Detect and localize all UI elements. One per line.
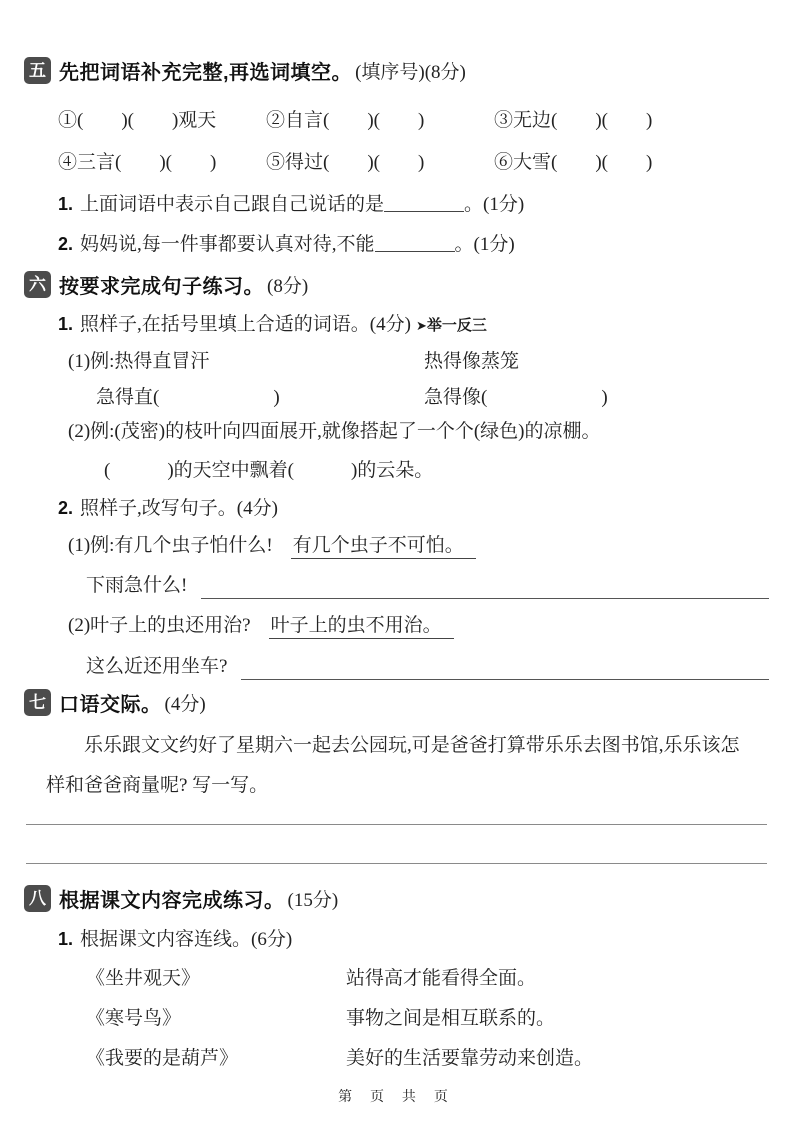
subtask-6-2: 2.照样子,改写句子。(4分) — [58, 495, 769, 522]
fill-blank-1 — [384, 193, 464, 212]
match-meaning-2: 事物之间是相互联系的。 — [346, 1005, 555, 1032]
example-row-2: 急得直( ) 急得像( ) — [68, 384, 769, 411]
subtask-6-2-score: (4分) — [237, 498, 278, 519]
subtask-6-1: 1.照样子,在括号里填上合适的词语。(4分)➤举一反三 — [58, 311, 769, 339]
example-1-right: 热得像蒸笼 — [424, 348, 519, 375]
section-8-title: 根据课文内容完成练习。 — [59, 884, 285, 913]
subtask-6-1-text: 照样子,在括号里填上合适的词语。 — [80, 314, 370, 335]
section-7-note: (4分) — [165, 689, 206, 716]
question-2-score: 。(1分) — [455, 234, 515, 255]
section-8-note: (15分) — [288, 885, 339, 912]
section-7-header: 七 口语交际。 (4分) — [24, 688, 769, 717]
section-7-marker: 七 — [24, 689, 51, 716]
rewrite-3-question: (2)叶子上的虫还用治? — [68, 615, 251, 636]
subtask-6-1-number: 1. — [58, 314, 73, 334]
match-title-3: 《我要的是葫芦》 — [86, 1045, 346, 1072]
subtask-8-1-text: 根据课文内容连线。 — [80, 929, 251, 950]
question-2-text: 妈妈说,每一件事都要认真对待,不能 — [80, 234, 375, 255]
section-5-marker: 五 — [24, 57, 51, 84]
prompt-paragraph: 乐乐跟文文约好了星期六一起去公园玩,可是爸爸打算带乐乐去图书馆,乐乐该怎样和爸爸… — [46, 726, 747, 806]
question-2: 2.妈妈说,每一件事都要认真对待,不能。(1分) — [58, 231, 769, 258]
rewrite-4-question: 这么近还用坐车? — [86, 653, 227, 680]
question-1-number: 1. — [58, 194, 73, 214]
writing-line-1 — [26, 824, 767, 825]
section-6-marker: 六 — [24, 271, 51, 298]
rewrite-row-4: 这么近还用坐车? — [86, 653, 769, 680]
subtask-6-1-score: (4分) — [370, 314, 411, 335]
section-5-title: 先把词语补充完整,再选词填空。 — [59, 56, 352, 85]
word-item-6: ⑥大雪( )( ) — [494, 149, 652, 176]
answer-line-1 — [201, 576, 769, 599]
subtask-8-1: 1.根据课文内容连线。(6分) — [58, 926, 769, 953]
match-row-3: 《我要的是葫芦》 美好的生活要靠劳动来创造。 — [86, 1045, 769, 1072]
subtask-6-2-number: 2. — [58, 498, 73, 518]
example-row-4: ( )的天空中飘着( )的云朵。 — [104, 457, 769, 484]
subtask-6-2-text: 照样子,改写句子。 — [80, 498, 237, 519]
rewrite-row-2: 下雨急什么! — [86, 572, 769, 599]
word-item-1: ①( )( )观天 — [58, 107, 266, 134]
subtask-8-1-number: 1. — [58, 929, 73, 949]
match-row-1: 《坐井观天》 站得高才能看得全面。 — [86, 965, 769, 992]
section-8-header: 八 根据课文内容完成练习。 (15分) — [24, 884, 769, 913]
question-1-score: 。(1分) — [464, 194, 524, 215]
example-1-left: (1)例:热得直冒汗 — [68, 348, 424, 375]
rewrite-1-question: (1)例:有几个虫子怕什么! — [68, 535, 273, 556]
writing-line-2 — [26, 863, 767, 864]
match-title-2: 《寒号鸟》 — [86, 1005, 346, 1032]
match-meaning-1: 站得高才能看得全面。 — [346, 965, 536, 992]
rewrite-row-1: (1)例:有几个虫子怕什么!有几个虫子不可怕。 — [68, 532, 769, 559]
section-8-marker: 八 — [24, 885, 51, 912]
match-title-1: 《坐井观天》 — [86, 965, 346, 992]
word-row-1: ①( )( )观天 ②自言( )( ) ③无边( )( ) — [58, 107, 769, 134]
section-7-title: 口语交际。 — [59, 688, 162, 717]
word-item-4: ④三言( )( ) — [58, 149, 266, 176]
section-5-note: (填序号)(8分) — [355, 57, 466, 84]
word-item-3: ③无边( )( ) — [494, 107, 652, 134]
subtask-8-1-score: (6分) — [251, 929, 292, 950]
example-3-text: (2)例:(茂密)的枝叶向四面展开,就像搭起了一个个(绿色)的凉棚。 — [68, 421, 601, 442]
arrow-icon: ➤ — [416, 318, 427, 333]
example-2-left: 急得直( ) — [96, 387, 280, 408]
match-meaning-3: 美好的生活要靠劳动来创造。 — [346, 1045, 593, 1072]
rewrite-3-answer: 叶子上的虫不用治。 — [269, 615, 454, 639]
word-item-5: ⑤得过( )( ) — [266, 149, 494, 176]
worksheet-page: 五 先把词语补充完整,再选词填空。 (填序号)(8分) ①( )( )观天 ②自… — [0, 0, 793, 1122]
fill-blank-2 — [375, 233, 455, 252]
example-row-1: (1)例:热得直冒汗 热得像蒸笼 — [68, 348, 769, 375]
word-row-2: ④三言( )( ) ⑤得过( )( ) ⑥大雪( )( ) — [58, 149, 769, 176]
section-6-header: 六 按要求完成句子练习。 (8分) — [24, 270, 769, 299]
answer-line-2 — [241, 657, 769, 680]
example-row-3: (2)例:(茂密)的枝叶向四面展开,就像搭起了一个个(绿色)的凉棚。 — [68, 418, 769, 445]
extension-badge: 举一反三 — [427, 317, 487, 334]
question-2-number: 2. — [58, 234, 73, 254]
word-item-2: ②自言( )( ) — [266, 107, 494, 134]
page-footer: 第 页 共 页 — [0, 1086, 793, 1106]
section-6-title: 按要求完成句子练习。 — [59, 270, 264, 299]
rewrite-2-question: 下雨急什么! — [86, 572, 187, 599]
question-1-text: 上面词语中表示自己跟自己说话的是 — [80, 194, 384, 215]
section-5-header: 五 先把词语补充完整,再选词填空。 (填序号)(8分) — [24, 56, 769, 85]
example-2-right: 急得像( ) — [424, 384, 608, 411]
match-row-2: 《寒号鸟》 事物之间是相互联系的。 — [86, 1005, 769, 1032]
section-6-note: (8分) — [267, 271, 308, 298]
rewrite-row-3: (2)叶子上的虫还用治?叶子上的虫不用治。 — [68, 612, 769, 639]
question-1: 1.上面词语中表示自己跟自己说话的是。(1分) — [58, 191, 769, 218]
rewrite-1-answer: 有几个虫子不可怕。 — [291, 535, 476, 559]
example-4-text: ( )的天空中飘着( )的云朵。 — [104, 460, 433, 481]
